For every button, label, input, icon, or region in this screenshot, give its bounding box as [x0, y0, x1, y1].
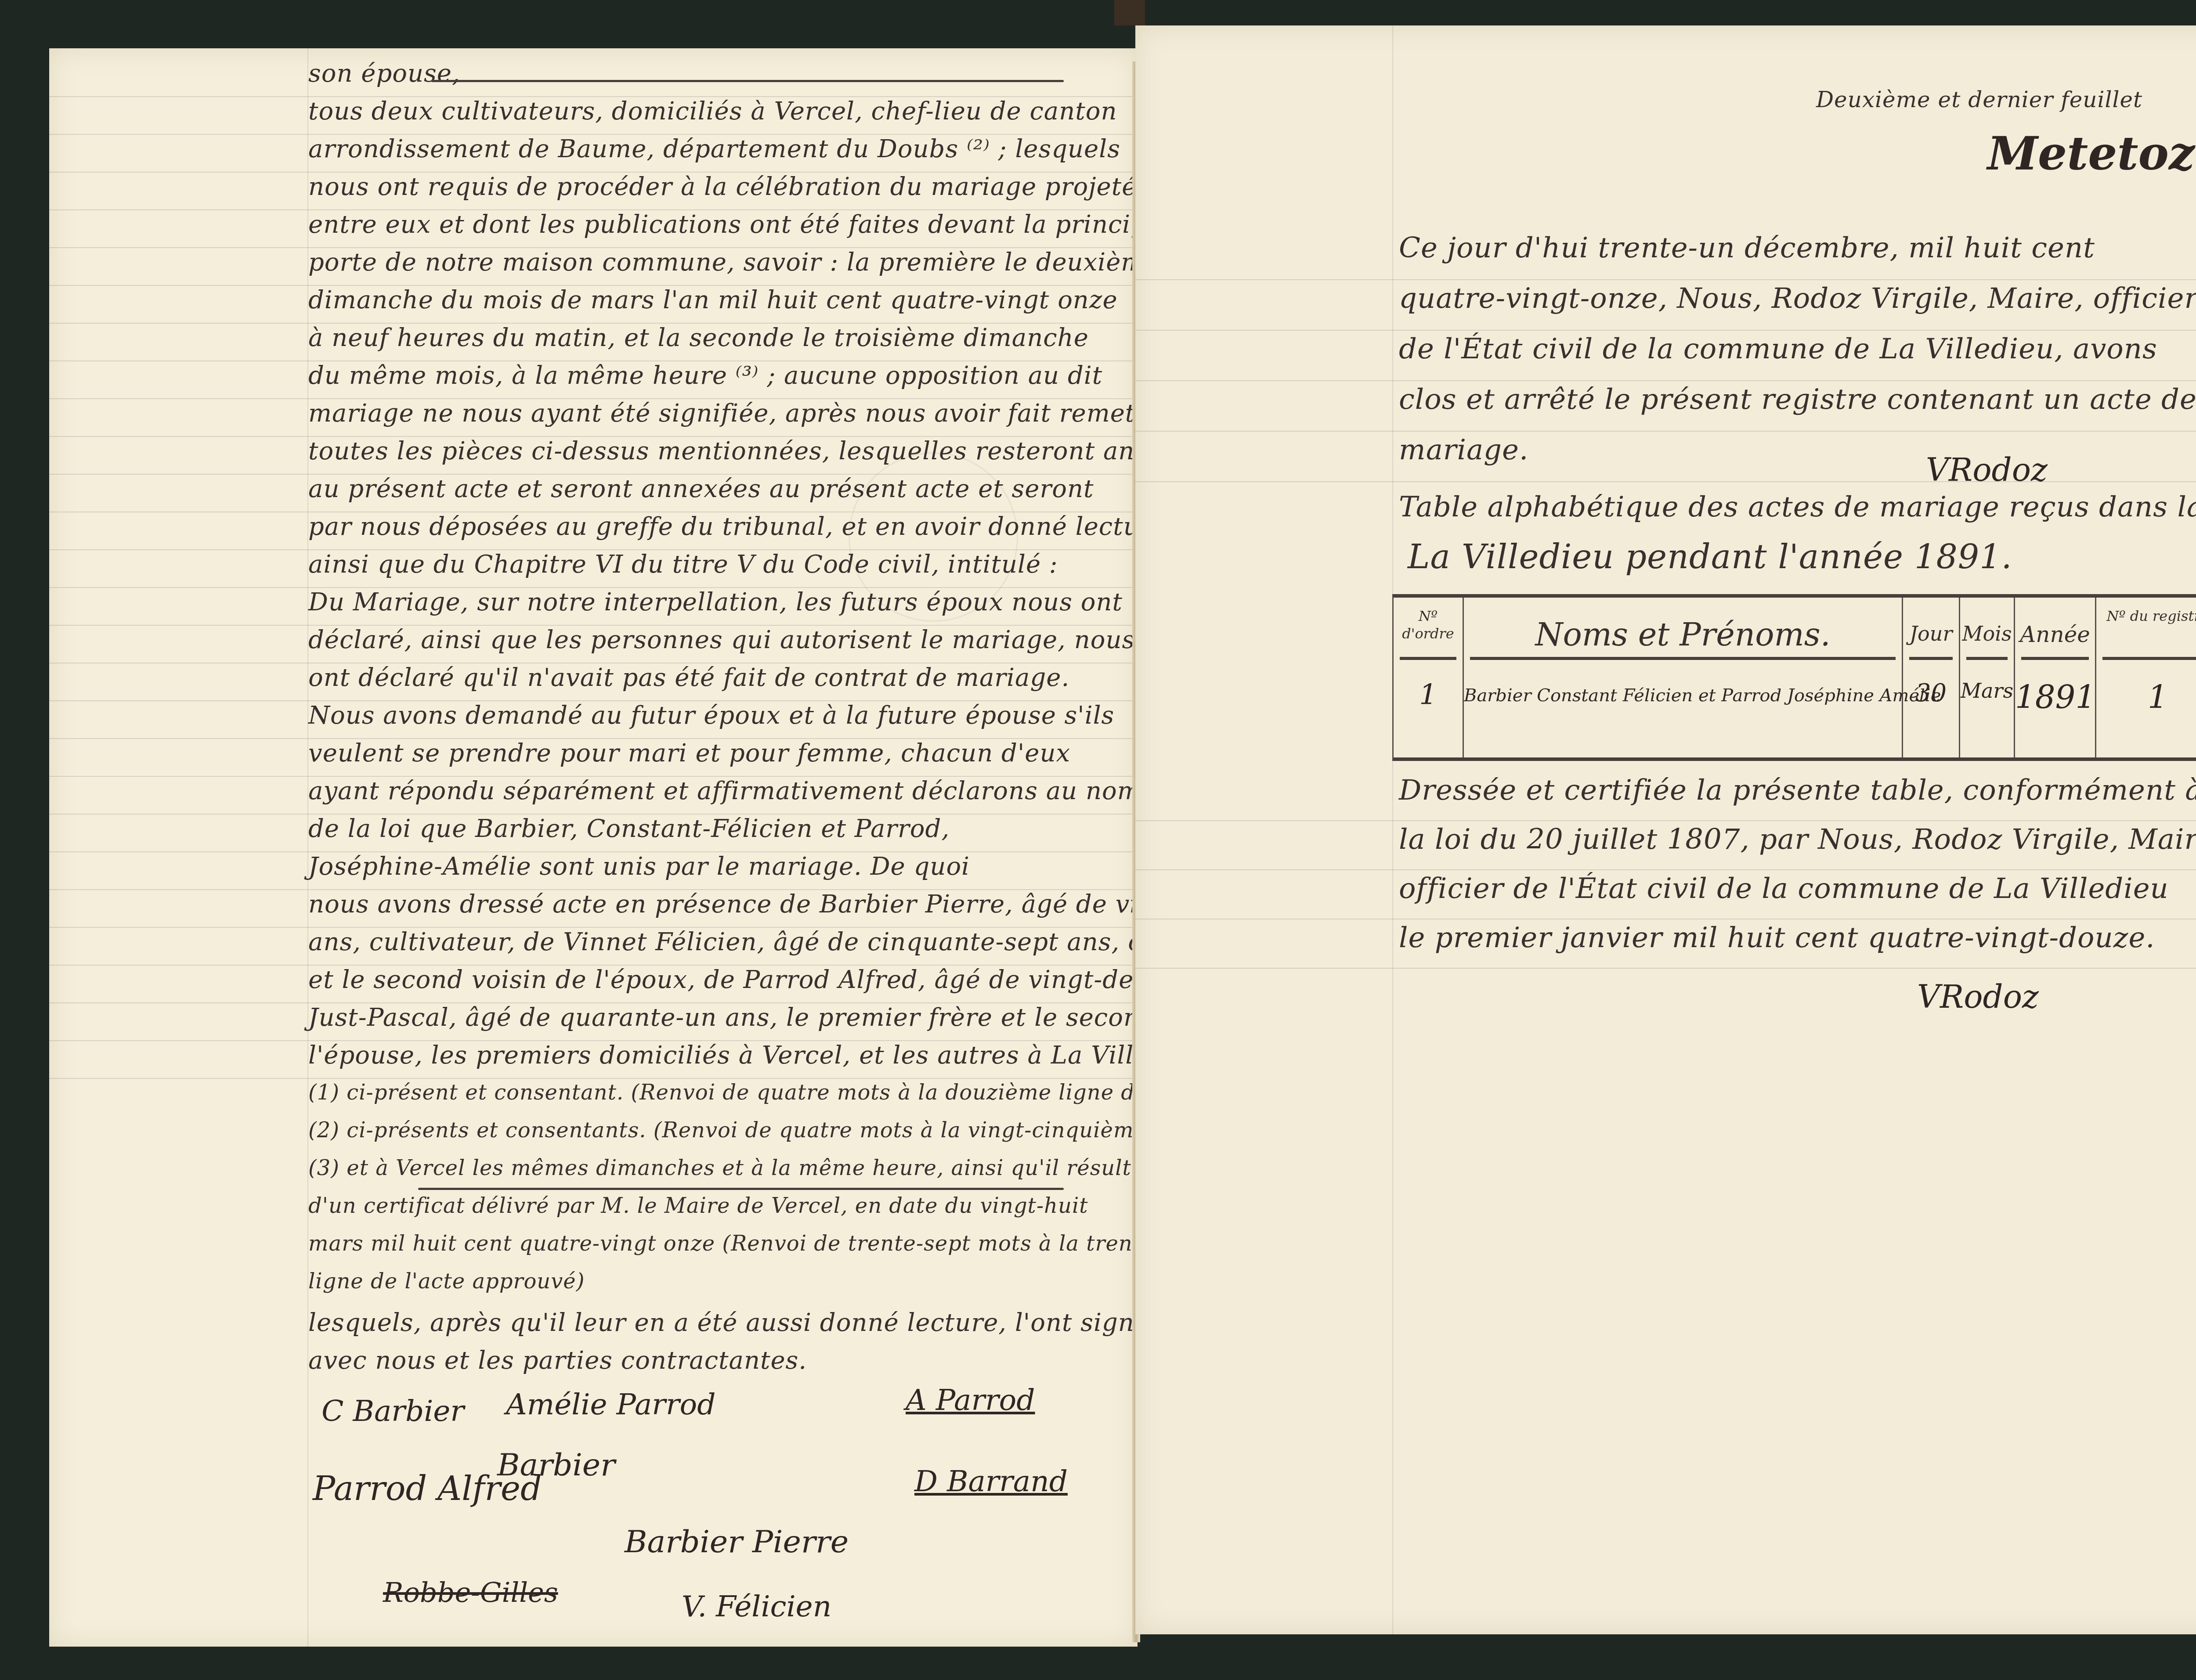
body-line: au présent acte et seront annexées au pr…: [308, 475, 1094, 503]
ruled-line: [1135, 380, 2196, 381]
signature: C Barbier: [321, 1394, 464, 1428]
col-register: Nº du registre 1: [2096, 598, 2196, 757]
cell-order: 1: [1394, 679, 1463, 711]
header-rule: [1909, 657, 1953, 660]
body-line: ayant répondu séparément et affirmativem…: [308, 777, 1141, 805]
footnote-line: ligne de l'acte approuvé): [308, 1269, 585, 1294]
ruled-line: [1135, 330, 2196, 331]
col-day: Jour 30: [1903, 598, 1960, 757]
body-line: tous deux cultivateurs, domiciliés à Ver…: [308, 97, 1117, 126]
closing-line: quatre-vingt-onze, Nous, Rodoz Virgile, …: [1399, 282, 2196, 315]
body-line: nous avons dressé acte en présence de Ba…: [308, 890, 1245, 919]
body-line: entre eux et dont les publications ont é…: [308, 210, 1185, 239]
signature: Barbier Pierre: [625, 1524, 849, 1560]
body-line: porte de notre maison commune, savoir : …: [308, 248, 1160, 277]
header-rule: [1470, 657, 1896, 660]
header-month: Mois: [1960, 622, 2014, 645]
ruled-line: [1135, 869, 2196, 870]
header-rule: [1400, 657, 1456, 660]
closing-line: Ce jour d'hui trente-un décembre, mil hu…: [1399, 232, 2095, 264]
line-filler-stroke: [418, 1188, 1064, 1190]
footnote-line: (3) et à Vercel les mêmes dimanches et à…: [308, 1156, 1144, 1180]
body-line: Joséphine-Amélie sont unis par le mariag…: [308, 852, 970, 881]
closing-signature: VRodoz: [1926, 451, 2048, 488]
body-line: de la loi que Barbier, Constant-Félicien…: [308, 815, 950, 843]
cell-year: 1891: [2015, 679, 2095, 716]
header-note: Deuxième et dernier feuillet: [1816, 87, 2142, 112]
header-day: Jour: [1903, 622, 1959, 645]
margin-line: [1392, 25, 1393, 1634]
marriage-index-table: Nº d'ordre 1 Noms et Prénoms. Barbier Co…: [1392, 594, 2196, 761]
certification-line: Dressée et certifiée la présente table, …: [1399, 774, 2196, 807]
header-rule: [2021, 657, 2089, 660]
body-line: ainsi que du Chapitre VI du titre V du C…: [308, 550, 1058, 579]
cell-names: Barbier Constant Félicien et Parrod José…: [1464, 685, 1902, 706]
body-line: à neuf heures du matin, et la seconde le…: [308, 324, 1089, 352]
certification-line: le premier janvier mil huit cent quatre-…: [1399, 922, 2155, 954]
body-line: l'épouse, les premiers domiciliés à Verc…: [308, 1041, 1213, 1070]
body-line: du même mois, à la même heure ⁽³⁾ ; aucu…: [308, 361, 1102, 390]
body-line: ont déclaré qu'il n'avait pas été fait d…: [308, 663, 1069, 692]
signature: A Parrod: [906, 1383, 1035, 1417]
closing-line: avec nous et les parties contractantes.: [308, 1346, 807, 1375]
footnote-line: d'un certificat délivré par M. le Maire …: [308, 1193, 1088, 1218]
col-order: Nº d'ordre 1: [1394, 598, 1464, 757]
ruled-line: [1135, 431, 2196, 432]
body-line: mariage ne nous ayant été signifiée, apr…: [308, 399, 1173, 428]
body-line: déclaré, ainsi que les personnes qui aut…: [308, 626, 1135, 654]
signature: Robbe-Gilles: [383, 1576, 558, 1608]
closing-line: mariage.: [1399, 434, 1528, 466]
body-line: veulent se prendre pour mari et pour fem…: [308, 739, 1070, 768]
signature: Amélie Parrod: [506, 1388, 715, 1421]
ruled-line: [1135, 820, 2196, 821]
signature: V. Félicien: [682, 1590, 831, 1623]
body-line: Nous avons demandé au futur époux et à l…: [308, 701, 1114, 730]
table-title-line-2: La Villedieu pendant l'année 1891.: [1408, 537, 2012, 576]
ruled-line: [1135, 919, 2196, 919]
body-line: par nous déposées au greffe du tribunal,…: [308, 512, 1167, 541]
body-line: nous ont requis de procéder à la célébra…: [308, 173, 1137, 201]
ruled-line: [1135, 279, 2196, 280]
closing-line: clos et arrêté le présent registre conte…: [1399, 383, 2196, 416]
signature: D Barrand: [914, 1464, 1068, 1498]
table-title-line-1: Table alphabétique des actes de mariage …: [1399, 491, 2196, 523]
cell-month: Mars: [1960, 679, 2014, 703]
body-line: arrondissement de Baume, département du …: [308, 135, 1120, 163]
body-line: toutes les pièces ci-dessus mentionnées,…: [308, 437, 1223, 465]
header-order: Nº d'ordre: [1394, 607, 1463, 642]
header-signature: Metetoz: [1987, 126, 2195, 180]
certification-signature: VRodoz: [1917, 978, 2039, 1015]
closing-line: de l'État civil de la commune de La Vill…: [1399, 333, 2157, 365]
ruled-line: [49, 1078, 1138, 1079]
header-register: Nº du registre: [2096, 607, 2196, 625]
cell-register: 1: [2096, 679, 2196, 716]
left-page: son épouse,tous deux cultivateurs, domic…: [49, 48, 1138, 1647]
signature: Barbier: [497, 1447, 615, 1483]
col-month: Mois Mars: [1960, 598, 2015, 757]
body-line: dimanche du mois de mars l'an mil huit c…: [308, 286, 1118, 314]
header-rule: [1966, 657, 2008, 660]
col-year: Année 1891: [2015, 598, 2096, 757]
header-names: Noms et Prénoms.: [1464, 616, 1902, 653]
col-names: Noms et Prénoms. Barbier Constant Félici…: [1464, 598, 1903, 757]
certification-line: la loi du 20 juillet 1807, par Nous, Rod…: [1399, 823, 2196, 856]
body-line: son épouse,: [308, 59, 460, 88]
body-line: Du Mariage, sur notre interpellation, le…: [308, 588, 1123, 616]
closing-line: lesquels, après qu'il leur en a été auss…: [308, 1309, 1149, 1337]
ruled-line: [1135, 968, 2196, 969]
cell-day: 30: [1903, 679, 1959, 707]
binding-top: [1114, 0, 1145, 25]
header-rule: [2102, 657, 2196, 660]
certification-line: officier de l'État civil de la commune d…: [1399, 872, 2169, 905]
header-year: Année: [2015, 622, 2095, 647]
right-page: Deuxième et dernier feuillet Metetoz Ce …: [1135, 25, 2196, 1634]
line-filler-stroke: [431, 80, 1064, 82]
footnote-line: mars mil huit cent quatre-vingt onze (Re…: [308, 1231, 1266, 1256]
